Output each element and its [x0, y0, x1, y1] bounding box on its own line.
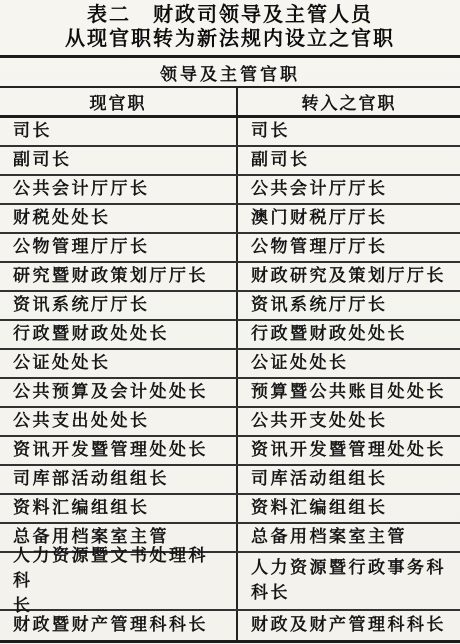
new-position-cell: 行政暨财政处处长	[238, 321, 460, 348]
current-position-cell: 副司长	[0, 147, 238, 174]
document-title-line2: 从现官职转为新法规内设立之官职	[0, 26, 460, 50]
table-row: 人力资源暨文书处理科 科 长 人力资源暨行政事务科 科长	[0, 553, 460, 611]
table-row: 公共会计厅厅长 公共会计厅厅长	[0, 176, 460, 205]
new-position-cell: 预算暨公共账目处处长	[238, 379, 460, 406]
new-position-cell: 资讯开发暨管理处处长	[238, 437, 460, 464]
table-row: 财政暨财产管理科科长 财政及财产管理科科长	[0, 611, 460, 640]
table-row: 副司长 副司长	[0, 147, 460, 176]
scanned-document-page: 表二 财政司领导及主管人员 从现官职转为新法规内设立之官职 领导及主管官职 现官…	[0, 0, 460, 644]
table-column-headers: 现官职 转入之官职	[0, 88, 460, 118]
new-position-cell: 公共会计厅厅长	[238, 176, 460, 203]
new-position-cell: 公证处处长	[238, 350, 460, 377]
new-position-cell: 财政研究及策划厅厅长	[238, 263, 460, 290]
new-position-cell: 司库活动组组长	[238, 466, 460, 493]
new-position-cell: 澳门财税厅厅长	[238, 205, 460, 232]
table-row: 公物管理厅厅长 公物管理厅厅长	[0, 234, 460, 263]
current-position-cell: 司库部活动组组长	[0, 466, 238, 493]
current-position-cell: 财政暨财产管理科科长	[0, 611, 238, 640]
table-row: 公共预算及会计处处长 预算暨公共账目处处长	[0, 379, 460, 408]
table-row: 司长 司长	[0, 118, 460, 147]
new-position-cell: 公物管理厅厅长	[238, 234, 460, 261]
column-header-new-position: 转入之官职	[238, 88, 460, 115]
new-position-cell: 司长	[238, 118, 460, 145]
position-conversion-table: 领导及主管官职 现官职 转入之官职 司长 司长 副司长 副司长 公共会计厅厅长 …	[0, 55, 460, 643]
current-position-cell: 公证处处长	[0, 350, 238, 377]
current-position-cell: 资讯开发暨管理处处长	[0, 437, 238, 464]
table-span-header: 领导及主管官职	[0, 58, 460, 88]
table-row: 资料汇编组组长 资料汇编组组长	[0, 495, 460, 524]
current-position-cell: 公共支出处处长	[0, 408, 238, 435]
new-position-cell: 公共开支处处长	[238, 408, 460, 435]
current-position-cell: 公共预算及会计处处长	[0, 379, 238, 406]
document-title-line1: 表二 财政司领导及主管人员	[0, 2, 460, 26]
current-position-cell: 公共会计厅厅长	[0, 176, 238, 203]
table-row: 行政暨财政处处长 行政暨财政处处长	[0, 321, 460, 350]
current-position-cell: 资讯系统厅厅长	[0, 292, 238, 319]
table-row: 司库部活动组组长 司库活动组组长	[0, 466, 460, 495]
table-row: 资讯系统厅厅长 资讯系统厅厅长	[0, 292, 460, 321]
table-row: 研究暨财政策划厅厅长 财政研究及策划厅厅长	[0, 263, 460, 292]
new-position-cell: 财政及财产管理科科长	[238, 611, 460, 640]
new-position-cell: 资料汇编组组长	[238, 495, 460, 522]
current-position-cell: 资料汇编组组长	[0, 495, 238, 522]
table-body: 司长 司长 副司长 副司长 公共会计厅厅长 公共会计厅厅长 财税处处长 澳门财税…	[0, 118, 460, 640]
current-position-cell: 财税处处长	[0, 205, 238, 232]
table-row: 公证处处长 公证处处长	[0, 350, 460, 379]
table-row: 财税处处长 澳门财税厅厅长	[0, 205, 460, 234]
document-title: 表二 财政司领导及主管人员 从现官职转为新法规内设立之官职	[0, 0, 460, 50]
column-header-current-position: 现官职	[0, 88, 238, 115]
new-position-cell: 副司长	[238, 147, 460, 174]
current-position-cell: 司长	[0, 118, 238, 145]
new-position-cell: 人力资源暨行政事务科 科长	[238, 553, 460, 609]
new-position-cell: 总备用档案室主管	[238, 524, 460, 551]
table-row: 公共支出处处长 公共开支处处长	[0, 408, 460, 437]
current-position-cell: 公物管理厅厅长	[0, 234, 238, 261]
current-position-cell: 行政暨财政处处长	[0, 321, 238, 348]
current-position-cell: 人力资源暨文书处理科 科 长	[0, 553, 238, 609]
table-row: 资讯开发暨管理处处长 资讯开发暨管理处处长	[0, 437, 460, 466]
new-position-cell: 资讯系统厅厅长	[238, 292, 460, 319]
current-position-cell: 研究暨财政策划厅厅长	[0, 263, 238, 290]
